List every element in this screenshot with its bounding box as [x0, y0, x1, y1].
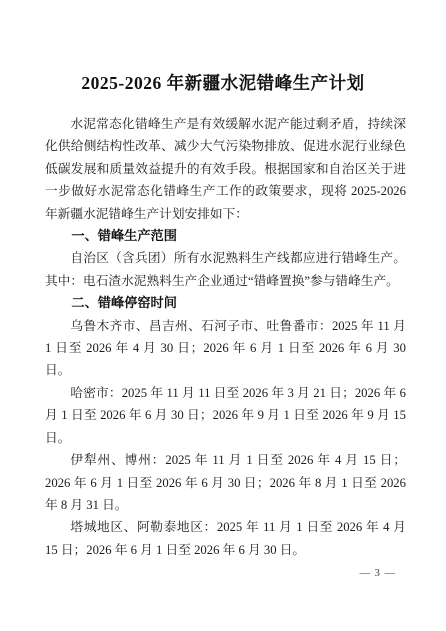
intro-paragraph: 水泥常态化错峰生产是有效缓解水泥产能过剩矛盾，持续深化供给侧结构性改革、减少大气… [45, 113, 406, 225]
section-2-heading: 二、错峰停窑时间 [45, 292, 406, 314]
section-1-paragraph: 自治区（含兵团）所有水泥熟料生产线都应进行错峰生产。其中：电石渣水泥熟料生产企业… [45, 247, 406, 292]
section-1-heading: 一、错峰生产范围 [45, 225, 406, 247]
schedule-paragraph-hami: 哈密市：2025 年 11 月 11 日至 2026 年 3 月 21 日；20… [45, 382, 406, 449]
document-page: 2025-2026 年新疆水泥错峰生产计划 水泥常态化错峰生产是有效缓解水泥产能… [0, 0, 446, 631]
schedule-paragraph-urumqi: 乌鲁木齐市、昌吉州、石河子市、吐鲁番市：2025 年 11 月 1 日至 202… [45, 315, 406, 382]
schedule-paragraph-yili: 伊犁州、博州：2025 年 11 月 1 日至 2026 年 4 月 15 日；… [45, 449, 406, 516]
schedule-paragraph-tacheng: 塔城地区、阿勒泰地区：2025 年 11 月 1 日至 2026 年 4 月 1… [45, 516, 406, 561]
document-body: 水泥常态化错峰生产是有效缓解水泥产能过剩矛盾，持续深化供给侧结构性改革、减少大气… [45, 113, 406, 561]
document-title: 2025-2026 年新疆水泥错峰生产计划 [0, 70, 446, 96]
page-number: — 3 — [360, 567, 397, 581]
